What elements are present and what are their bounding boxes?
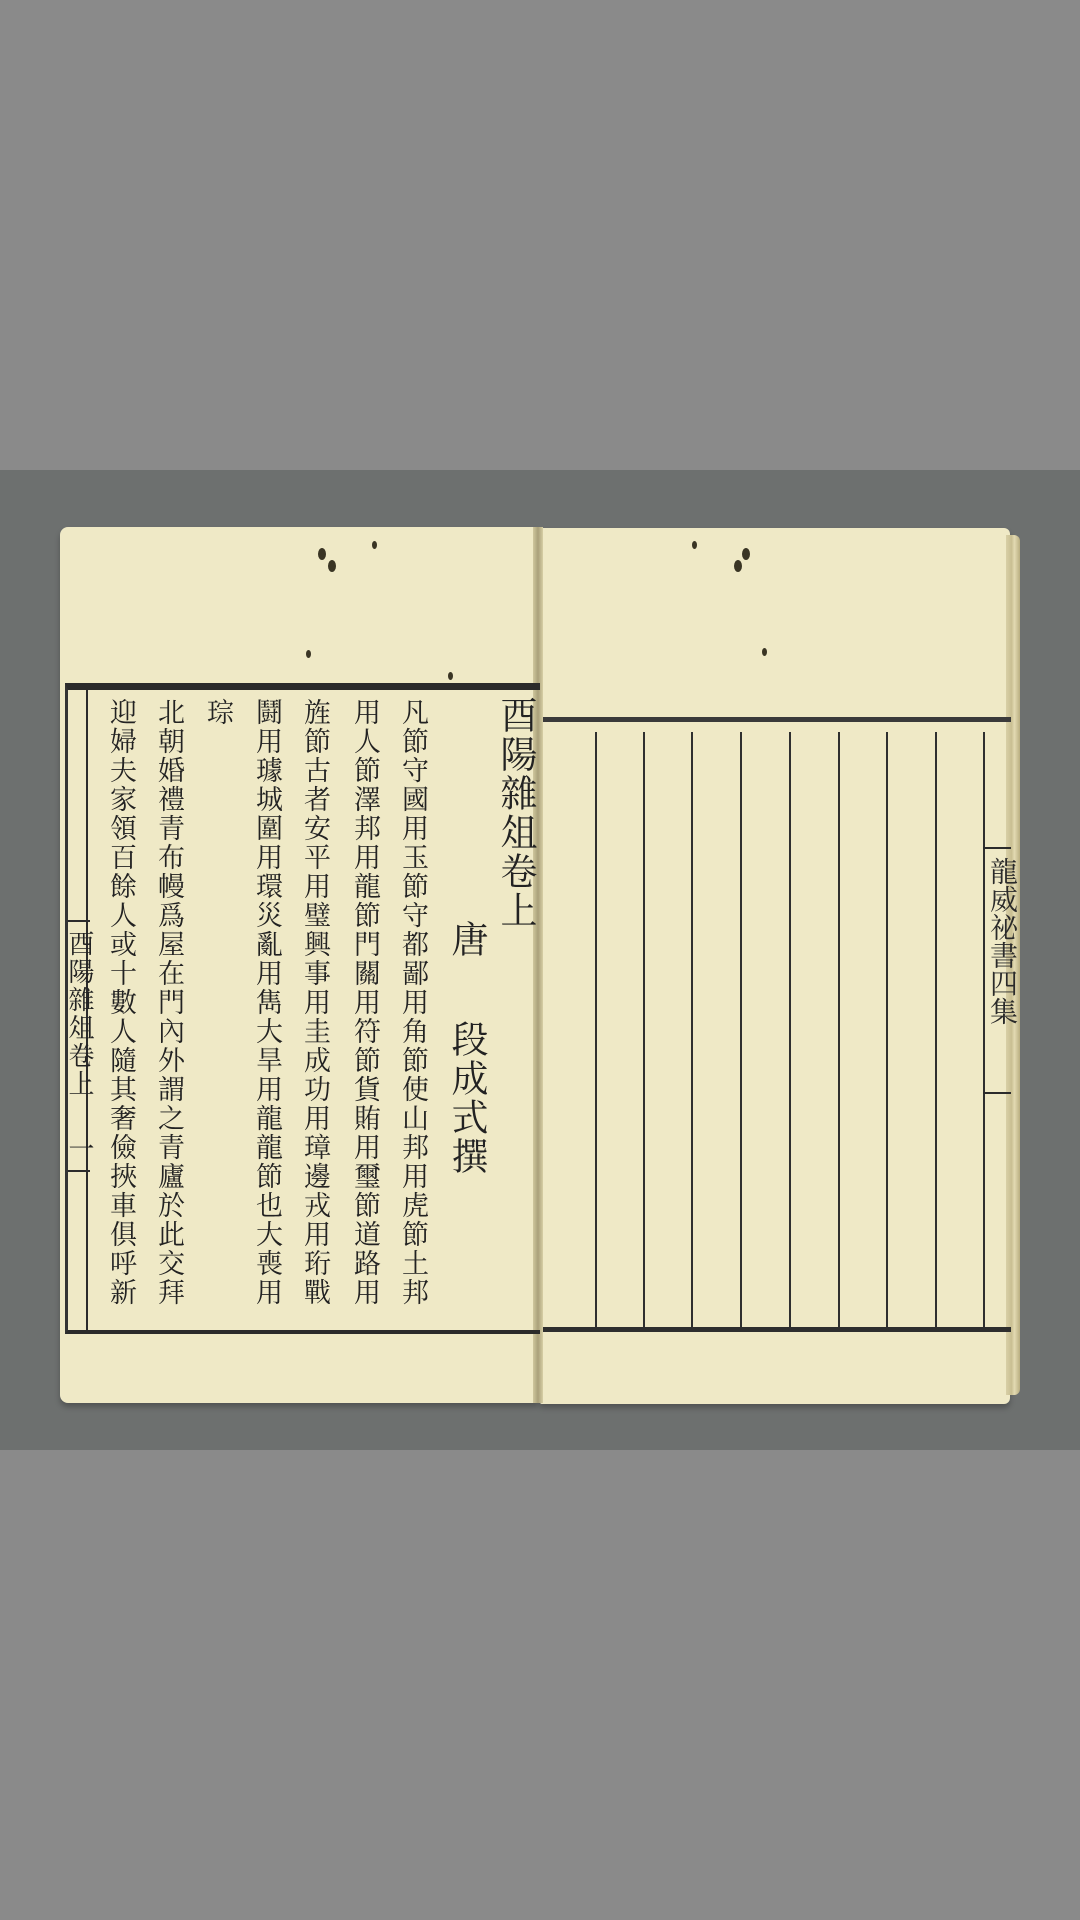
text-column: 凡節守國用玉節守都鄙用角節使山邦用虎節土邦 xyxy=(398,698,427,1307)
column-rule xyxy=(838,732,840,1327)
column-rule xyxy=(886,732,888,1327)
binding-hole xyxy=(742,548,750,560)
text-column: 用人節澤邦用龍節門關用符節貨賄用璽節道路用 xyxy=(350,698,379,1307)
binding-hole xyxy=(762,648,767,656)
binding-hole xyxy=(692,541,697,549)
text-column: 鬪用璩城圍用環災亂用雋大旱用龍龍節也大喪用 xyxy=(252,698,281,1307)
column-rule xyxy=(740,732,742,1327)
column-rule xyxy=(643,732,645,1327)
text-column: 琮 xyxy=(203,698,232,727)
chapter-title: 酉陽雜俎卷上 xyxy=(492,696,538,930)
right-text-frame: 龍威祕書四集 xyxy=(543,717,1011,1332)
column-rule xyxy=(935,732,937,1327)
banxin-rule xyxy=(983,1092,1011,1094)
column-rule xyxy=(691,732,693,1327)
right-banxin-title: 龍威祕書四集 xyxy=(985,857,1019,1025)
author-name: 段成式撰 xyxy=(443,1020,489,1176)
binding-hole xyxy=(328,560,336,572)
banxin-page-number: 一 xyxy=(66,1135,92,1163)
binding-hole xyxy=(372,541,377,549)
column-rule xyxy=(789,732,791,1327)
binding-hole xyxy=(448,672,453,680)
column-rule xyxy=(595,732,597,1327)
left-text-frame: 酉陽雜俎卷上 一 酉陽雜俎卷上 唐 段成式撰 凡節守國用玉節守都鄙用角節使山邦用… xyxy=(65,683,540,1334)
binding-hole xyxy=(734,560,742,572)
binding-hole xyxy=(318,548,326,560)
banxin-rule xyxy=(68,1170,90,1172)
text-column: 迎婦夫家領百餘人或十數人隨其奢儉挾車俱呼新 xyxy=(106,698,135,1307)
text-column: 旌節古者安平用璧興事用圭成功用璋邊戎用珩戰 xyxy=(300,698,329,1307)
column-rule xyxy=(983,732,985,1327)
banxin-rule xyxy=(983,847,1011,849)
banxin-rule xyxy=(68,920,90,922)
text-column: 北朝婚禮青布幔爲屋在門內外謂之青廬於此交拜 xyxy=(154,698,183,1307)
dynasty-label: 唐 xyxy=(443,920,489,959)
banxin-title: 酉陽雜俎卷上 xyxy=(66,930,92,1098)
binding-hole xyxy=(306,650,311,658)
